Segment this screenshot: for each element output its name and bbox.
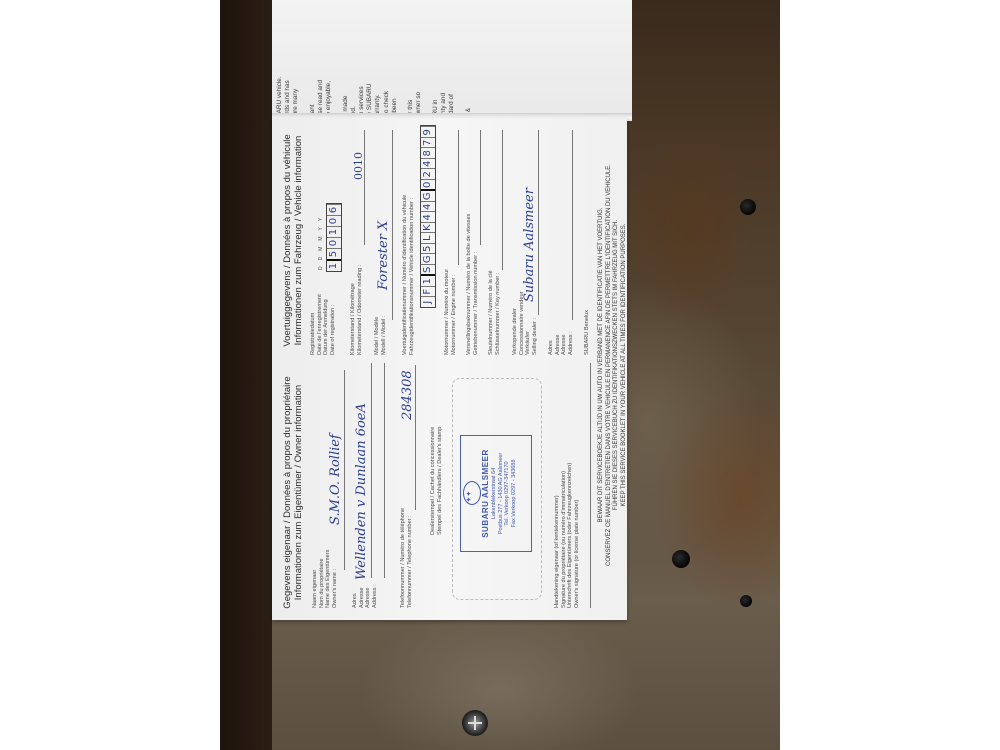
- text-line: ed in the booklet by the SUBARU: [366, 76, 374, 118]
- text-line: ving the factory to ensure many: [292, 76, 300, 118]
- text-line: Signature du propriétaire (ou numéro d'i…: [561, 463, 568, 608]
- text-line: Adresse: [359, 584, 366, 608]
- char-box: 2: [421, 169, 435, 180]
- text-line: Telefoonnummer / Numéro de téléphone: [400, 508, 407, 608]
- text-line: you can look forward to enjoyable,: [325, 76, 333, 118]
- text-line: of your SUBARU. Please read and: [317, 76, 325, 118]
- char-box: 4: [421, 201, 435, 212]
- subaru-logo-icon: [463, 482, 481, 506]
- text-line: Modell / Model :: [381, 316, 388, 355]
- service-booklet: our purchase of a SUBARU vehicle.lt to t…: [272, 0, 632, 620]
- char-box: J: [421, 297, 435, 308]
- key-number-label: Sleutelnummer / Numéro de la cléSchlüsse…: [488, 270, 501, 355]
- text-line: box 277: [497, 76, 505, 118]
- text-line: ned in this booklet has been: [391, 76, 399, 118]
- owner-name-value: S.M.O. Rollief: [328, 434, 343, 525]
- text-line: Model / Modèle: [374, 316, 381, 355]
- owner-address-line: [371, 363, 372, 578]
- date-format-hint: DDMMYY: [318, 212, 324, 270]
- text-line: Registratiedatum: [310, 294, 317, 355]
- text-line: Telefonnummer / Telephone number :: [407, 508, 414, 608]
- transmission-line: [480, 130, 481, 245]
- text-line: [481, 76, 489, 118]
- model-value: Forester X: [376, 221, 391, 290]
- text-line: AG AALSMEER: [506, 76, 514, 118]
- text-line: can expect a high standard of: [448, 76, 456, 118]
- floor-hole: [740, 199, 756, 215]
- key-line: [502, 130, 503, 270]
- char-box: 0: [421, 179, 435, 190]
- text-line: FÜHREN SIE DIESES SERVICEBUCH ZU IDENTIF…: [613, 130, 621, 600]
- booklet-upper-page: our purchase of a SUBARU vehicle.lt to t…: [272, 0, 632, 118]
- char-box: 4: [421, 212, 435, 223]
- text-line: BEWAAR DIT SERVICEBOEKJE ALTIJD IN UW AU…: [598, 130, 606, 600]
- text-line: lt to the highest standards and has: [284, 76, 292, 118]
- booklet-form-page: Gegevens eigenaar / Données à propos du …: [272, 118, 627, 620]
- owner-signature-label: Handtekening eigenaar (of kentekennummer…: [554, 463, 580, 608]
- char-box: S: [421, 264, 435, 275]
- char-box: G: [421, 190, 435, 202]
- upper-page-content: our purchase of a SUBARU vehicle.lt to t…: [272, 0, 632, 118]
- text-line: [473, 76, 481, 118]
- signature-line: [590, 363, 591, 608]
- char-box: 6: [327, 204, 341, 215]
- stamp-address: Lakenblekerstraat 64Postbus 277 - 1430 A…: [491, 436, 517, 551]
- text-line: Getriebenummer / Transmission number :: [473, 214, 480, 355]
- text-line: our car at all times and made: [342, 76, 350, 118]
- engine-line: [458, 130, 459, 265]
- text-line: Datum der Anmeldung: [323, 294, 330, 355]
- text-line: 's Manual to the new owner so: [415, 76, 423, 118]
- text-line: ls of periodic inspection services: [358, 76, 366, 118]
- text-line: Verkopende dealer: [512, 292, 519, 355]
- owner-heading: Gegevens eigenaar / Données à propos du …: [282, 365, 304, 620]
- model-label: Model / ModèleModell / Model :: [374, 316, 387, 355]
- char-box: L: [421, 233, 435, 244]
- vin-boxes: JF1SG5LK44G024879: [420, 126, 436, 309]
- engine-number-label: Motornummer / Numéro du moteurMotornumme…: [444, 269, 457, 355]
- text-line: described in the Warranty and: [440, 76, 448, 118]
- char-box: 1: [327, 226, 341, 237]
- text-line: Adresse: [561, 331, 568, 355]
- text-line: Versnellingsbaknummer / Numéro de la boî…: [466, 214, 473, 355]
- dealer-stamp: SUBARU AALSMEER Lakenblekerstraat 64Post…: [460, 435, 532, 552]
- text-line: nty covers your SUBARU in: [432, 76, 440, 118]
- text-line: d Dealers.: [456, 76, 464, 118]
- text-line: Date of registration :: [330, 294, 337, 355]
- char-box: G: [421, 254, 435, 265]
- text-line: Adresse: [365, 584, 372, 608]
- text-line: [301, 76, 309, 118]
- text-line: ARU Benelux: [489, 76, 497, 118]
- text-line: Handtekening eigenaar (of kentekennummer…: [554, 463, 561, 608]
- distributor-label: SUBARU Benelux: [584, 310, 591, 355]
- dealer-stamp-label: Dealerstempel / Cachet du concessionnair…: [430, 427, 443, 535]
- char-box: 9: [421, 127, 435, 138]
- char-box: 7: [421, 137, 435, 148]
- text-line: Address :: [568, 331, 575, 355]
- stamp-line: Fax Verkoop 0297 - 343688: [511, 436, 518, 551]
- text-line: to the validity of this warranty.: [374, 76, 382, 118]
- text-line: Dealerstempel / Cachet du concessionnair…: [430, 427, 437, 535]
- text-line: Kilometerstand / Kilométrage: [350, 265, 357, 355]
- selling-dealer-value: Subaru Aalsmeer: [522, 188, 537, 302]
- registration-date-boxes: 150106: [326, 203, 342, 272]
- selling-dealer-line: [538, 130, 539, 315]
- owner-phone-value: 284308: [400, 370, 415, 420]
- char-box: 5: [421, 243, 435, 254]
- text-line: Voertuigidentificatienummer / Numéro d'i…: [402, 195, 409, 355]
- text-line: Adres: [352, 584, 359, 608]
- text-line: Address :: [372, 584, 379, 608]
- text-line: Fahrzeugidentifikationsnummer / Vehicle …: [409, 195, 416, 355]
- owner-address-label: AdresAdresseAdresseAddress :: [352, 584, 378, 608]
- text-line: Motornummer / Engine number :: [451, 269, 458, 355]
- odometer-label: Kilometerstand / KilométrageKilometersta…: [350, 265, 363, 355]
- text-line: refer to the "Distributor &: [465, 76, 473, 118]
- keep-booklet-notice: BEWAAR DIT SERVICEBOEKJE ALTIJD IN UW AU…: [598, 130, 627, 600]
- floor-hole: [740, 595, 752, 607]
- vehicle-heading: Voertuiggegevens / Données à propos du v…: [282, 123, 304, 358]
- dealer-address-line: [572, 130, 573, 320]
- transmission-number-label: Versnellingsbaknummer / Numéro de la boî…: [466, 214, 479, 355]
- text-line: [399, 76, 407, 118]
- char-box: 0: [327, 215, 341, 226]
- char-box: K: [421, 222, 435, 233]
- char-box: 5: [327, 248, 341, 259]
- text-line: ing warranty coverage.: [424, 76, 432, 118]
- text-line: our purchase of a SUBARU vehicle.: [276, 76, 284, 118]
- text-line: Adresse: [555, 331, 562, 355]
- char-box: 1: [421, 275, 435, 287]
- char-box: 4: [421, 158, 435, 169]
- text-line: Naam eigenaar: [312, 550, 319, 608]
- photo: our purchase of a SUBARU vehicle.lt to t…: [220, 0, 780, 750]
- text-line: icle service network.: [333, 76, 341, 118]
- floor-screw: [462, 710, 488, 736]
- char-box: 8: [421, 148, 435, 159]
- text-line: KEEP THIS SERVICE BOOKLET IN YOUR VEHICL…: [621, 130, 627, 600]
- text-line: Kilometerstand / Odometer reading :: [357, 265, 364, 355]
- text-line: Sleutelnummer / Numéro de la clé: [488, 270, 495, 355]
- vin-label: Voertuigidentificatienummer / Numéro d'i…: [402, 195, 415, 355]
- dark-floor-edge: [220, 0, 272, 750]
- text-line: request that you deliver this: [407, 76, 415, 118]
- owner-address-line-2: [384, 363, 385, 578]
- text-line: Schlüsselnummer / Key number :: [495, 270, 502, 355]
- floor-hole: [672, 550, 690, 568]
- model-line: [392, 130, 393, 320]
- owner-phone-line: [415, 365, 416, 510]
- form-content: Gegevens eigenaar / Données à propos du …: [272, 118, 627, 620]
- owner-address-value: Wellenden v Dunlaan 6oeA: [354, 403, 369, 580]
- text-line: rranty service is required.: [350, 76, 358, 118]
- text-line: Unterschrift des Eigentümers (oder Fahrz…: [567, 463, 574, 608]
- text-line: Adres: [548, 331, 555, 355]
- text-line: Owner's signature (or license plate numb…: [574, 463, 581, 608]
- text-line: Name des Eigentümers: [325, 550, 332, 608]
- char-box: F: [421, 286, 435, 297]
- char-box: 0: [327, 237, 341, 248]
- text-line: ce Booklet is an important: [309, 76, 317, 118]
- text-line: ew SUBARU, be sure to check: [383, 76, 391, 118]
- dealer-address-label: AdresAdresseAdresseAddress :: [548, 331, 574, 355]
- owner-name-label: Naam eigenaarNom du propriétaireName des…: [312, 550, 338, 608]
- text-line: Owner's name :: [332, 550, 339, 608]
- owner-name-line: [344, 370, 345, 570]
- text-line: Motornummer / Numéro du moteur: [444, 269, 451, 355]
- registration-date-label: RegistratiedatumDate de l'enregistrement…: [310, 294, 336, 355]
- text-line: Stempel des Fachhändlers / Dealer's stam…: [437, 427, 444, 535]
- char-box: 1: [327, 259, 341, 271]
- intro-text: our purchase of a SUBARU vehicle.lt to t…: [276, 76, 514, 118]
- owner-phone-label: Telefoonnummer / Numéro de téléphoneTele…: [400, 508, 413, 608]
- odometer-line: [364, 130, 365, 245]
- text-line: Date de l'enregistrement: [317, 294, 324, 355]
- text-line: Nom du propriétaire: [319, 550, 326, 608]
